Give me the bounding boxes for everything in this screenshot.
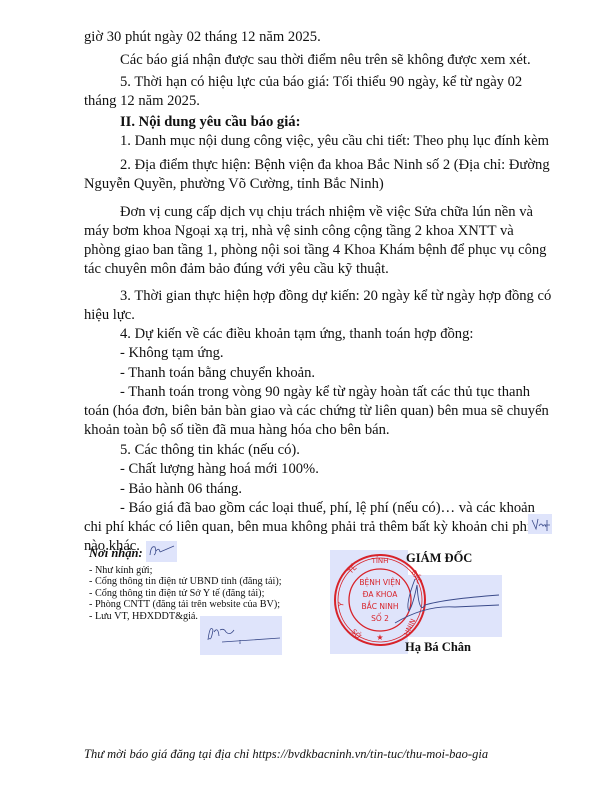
paragraph: 1. Danh mục nội dung công việc, yêu cầu … [84, 132, 552, 151]
list-item: - Thanh toán bằng chuyển khoản. [84, 364, 552, 383]
document-page: giờ 30 phút ngày 02 tháng 12 năm 2025. C… [0, 0, 593, 810]
paragraph: 5. Các thông tin khác (nếu có). [84, 441, 552, 460]
director-signature [395, 575, 505, 635]
svg-text:BẮC NINH: BẮC NINH [362, 601, 399, 611]
svg-text:SỞ: SỞ [350, 626, 365, 641]
recipients-title: Nơi nhận: [89, 546, 143, 561]
svg-text:★: ★ [376, 633, 383, 642]
recipient-item: - Cổng thông tin điện tử Sở Y tế (đăng t… [89, 588, 282, 599]
footer-note: Thư mời báo giá đăng tại địa chỉ https:/… [84, 747, 488, 762]
approval-signature [200, 616, 282, 655]
paragraph: 5. Thời hạn có hiệu lực của báo giá: Tối… [84, 73, 552, 111]
paragraph: giờ 30 phút ngày 02 tháng 12 năm 2025. [84, 28, 552, 47]
list-item: - Không tạm ứng. [84, 344, 552, 363]
recipient-item: - Cổng thông tin điện tử UBND tỉnh (đăng… [89, 576, 282, 587]
recipient-item: - Như kính gửi; [89, 565, 282, 576]
list-item: - Bảo hành 06 tháng. [84, 480, 552, 499]
signature-scribble-icon [146, 541, 177, 562]
svg-text:SỐ 2: SỐ 2 [371, 613, 389, 623]
recipient-item: - Phòng CNTT (đăng tải trên website của … [89, 599, 282, 610]
svg-text:ĐA KHOA: ĐA KHOA [363, 590, 399, 599]
svg-text:TỈNH: TỈNH [371, 556, 389, 565]
list-item: - Thanh toán trong vòng 90 ngày kể từ ng… [84, 383, 552, 440]
list-item: - Chất lượng hàng hoá mới 100%. [84, 460, 552, 479]
director-name: Hạ Bá Chân [405, 640, 471, 655]
signature-scribble-icon [528, 514, 552, 534]
paragraph: Đơn vị cung cấp dịch vụ chịu trách nhiệm… [84, 203, 552, 279]
paragraph: 4. Dự kiến về các điều khoản tạm ứng, th… [84, 325, 552, 344]
recipients-list: - Như kính gửi; - Cổng thông tin điện tử… [89, 565, 282, 622]
paragraph: Các báo giá nhận được sau thời điểm nêu … [84, 51, 552, 70]
recipients-initial-signature [146, 541, 177, 562]
paragraph: 3. Thời gian thực hiện hợp đồng dự kiến:… [84, 287, 552, 325]
paragraph: 2. Địa điểm thực hiện: Bệnh viện đa khoa… [84, 156, 552, 194]
signature-scribble-icon [200, 616, 282, 655]
section-heading: II. Nội dung yêu cầu báo giá: [84, 113, 552, 132]
initial-signature [528, 514, 552, 534]
